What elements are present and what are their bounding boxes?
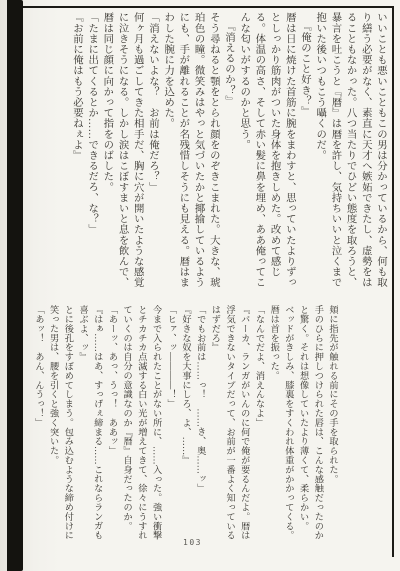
frame-top-rule — [23, 6, 394, 8]
text-tier-upper: いいことも悪いこともこの男は分かっているから、何も取り繕う必要がなく、素直に天才… — [36, 12, 388, 297]
paragraph: 何ヶ月も過ごしてきた相手だ、胸に穴が開いたような感覚に泣きそうになる。しかし涙は… — [99, 12, 145, 297]
paragraph: ベッドがきしみ、膝裏をすくわれ体重がかかってくる。暦は首を振った。 — [266, 305, 295, 546]
paragraph: とに後孔をすぼめてしまう。包み込むような締め付けに笑った男は、腰を引くと強く突い… — [46, 305, 75, 546]
text-tier-lower: 頬に指先が触れる前にその手を取られた。手のひらに押しつけられた唇は、こんな感触だ… — [40, 305, 340, 546]
paragraph: 「たまに出てくるとか……できるだろ、な？」 — [84, 12, 99, 297]
paragraph: いいことも悪いこともこの男は分かっているから、何も取り繕う必要がなく、素直に天才… — [312, 12, 388, 297]
paragraph: 『バーカ、ランガがいんのに何で俺が要るんだよ。暦は浮気できないタイプだって、お前… — [208, 305, 252, 546]
paragraph: 『消えるのか？』 — [221, 12, 236, 297]
paragraph: 暦は日に焼けた首筋に腕をまわすと、思っていたよりずっとしっかり筋肉がついた身体を… — [236, 12, 297, 297]
paragraph: 『はぁ……はあ、すっげぇ締まる……これならランガも喜ぶよ、ッ』 — [75, 305, 104, 546]
paragraph: 『お前に俺はもう必要ねぇよ』 — [69, 12, 84, 297]
binding-bar — [7, 0, 23, 571]
paragraph: 「あッ！ あん、んうっ！」 — [31, 305, 46, 546]
paragraph: 「ヒァ、ッ――――！」 — [164, 305, 179, 546]
paragraph: 手のひらに押しつけられた唇は、こんな感触だったのかと驚く。それは想像していたより… — [296, 305, 325, 546]
paragraph: 今まで入られたことがない所に、……入った。強い衝撃とチカチカ点滅する白い光が増え… — [119, 305, 163, 546]
paragraph: 「でもお前は……っ！ ……き、奥……ッ」 — [193, 305, 208, 546]
paragraph: 「なんでだよ、消えんなよ」 — [252, 305, 267, 546]
page-number: 103 — [183, 538, 202, 547]
paragraph: 頬に指先が触れる前にその手を取られた。 — [325, 305, 340, 546]
paragraph: 『俺のこと好き？』 — [297, 12, 312, 297]
paragraph: 「あーッ、あっ、うっ！ ああッ」 — [105, 305, 120, 546]
paragraph: そう尋ねると顎をとられ顔をのぞきこまれた。大きな、琥珀色の瞳。微笑みはやっと気づ… — [160, 12, 221, 297]
frame-right-rule — [392, 6, 394, 557]
paragraph: 「消えないよな？ お前は俺だろ？」 — [145, 12, 160, 297]
novel-page: いいことも悪いこともこの男は分かっているから、何も取り繕う必要がなく、素直に天才… — [0, 0, 400, 571]
paragraph: 『好きな奴を大事にしろ、よ、……』 — [178, 305, 193, 546]
